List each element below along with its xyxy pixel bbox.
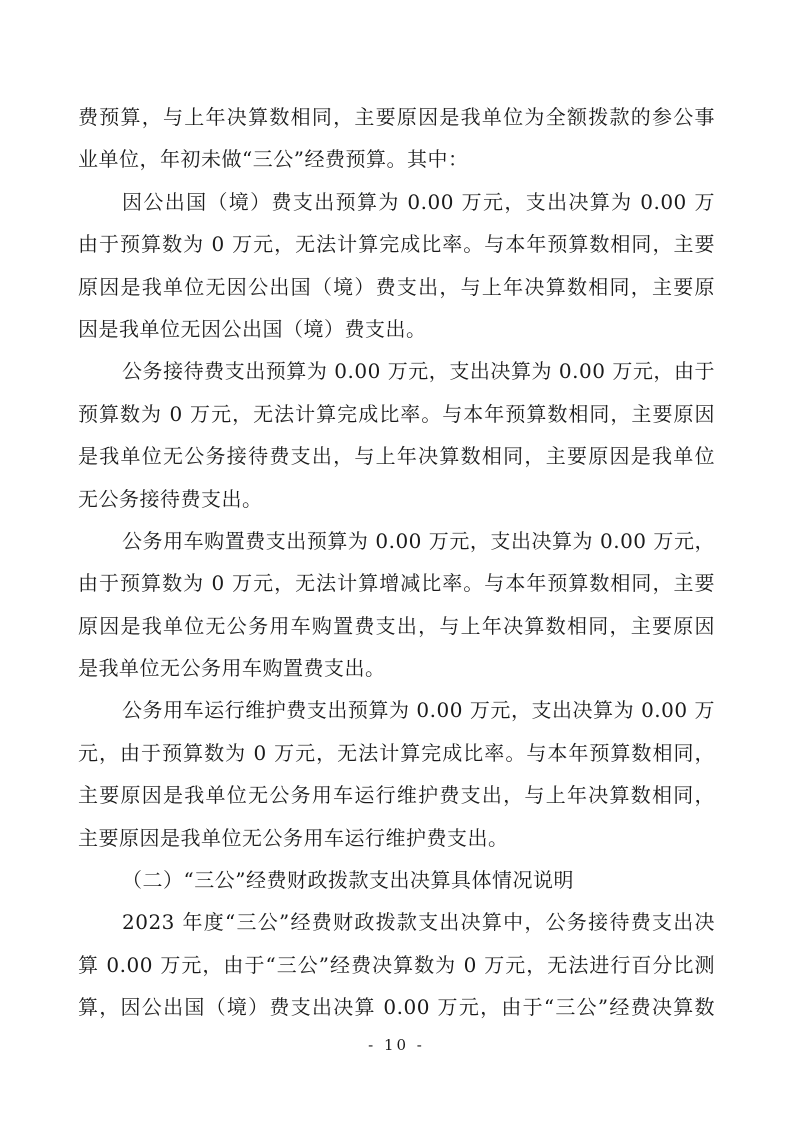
text-line: 公务接待费支出预算为 0.00 万元，支出决算为 0.00 万元，由于: [78, 350, 715, 392]
text-line: 公务用车购置费支出预算为 0.00 万元，支出决算为 0.00 万元，: [78, 520, 715, 562]
text-line: 主要原因是我单位无公务用车运行维护费支出。: [78, 817, 715, 859]
text-line: 算，因公出国（境）费支出决算 0.00 万元，由于“三公”经费决算数: [78, 986, 715, 1028]
text-line: 是我单位无公务接待费支出，与上年决算数相同，主要原因是我单位: [78, 435, 715, 477]
text-line: 由于预算数为 0 万元，无法计算完成比率。与本年预算数相同，主要: [78, 223, 715, 265]
text-line: 公务用车运行维护费支出预算为 0.00 万元，支出决算为 0.00 万: [78, 689, 715, 731]
text-line: 因公出国（境）费支出预算为 0.00 万元，支出决算为 0.00 万元，: [78, 181, 715, 223]
page-number: - 10 -: [0, 1036, 793, 1054]
text-line: 预算数为 0 万元，无法计算完成比率。与本年预算数相同，主要原因: [78, 393, 715, 435]
text-line: 元，由于预算数为 0 万元，无法计算完成比率。与本年预算数相同，: [78, 732, 715, 774]
text-line: 业单位，年初未做“三公”经费预算。其中：: [78, 138, 715, 180]
text-line: 费预算，与上年决算数相同，主要原因是我单位为全额拨款的参公事: [78, 96, 715, 138]
text-line: 算 0.00 万元，由于“三公”经费决算数为 0 万元，无法进行百分比测: [78, 944, 715, 986]
section-heading: （二）“三公”经费财政拨款支出决算具体情况说明: [78, 859, 715, 901]
text-line: 原因是我单位无公务用车购置费支出，与上年决算数相同，主要原因: [78, 605, 715, 647]
text-line: 无公务接待费支出。: [78, 478, 715, 520]
text-line: 2023 年度“三公”经费财政拨款支出决算中，公务接待费支出决: [78, 901, 715, 943]
text-line: 因是我单位无因公出国（境）费支出。: [78, 308, 715, 350]
text-line: 主要原因是我单位无公务用车运行维护费支出，与上年决算数相同，: [78, 774, 715, 816]
text-line: 由于预算数为 0 万元，无法计算增减比率。与本年预算数相同，主要: [78, 562, 715, 604]
text-line: 是我单位无公务用车购置费支出。: [78, 647, 715, 689]
document-body: 费预算，与上年决算数相同，主要原因是我单位为全额拨款的参公事 业单位，年初未做“…: [78, 96, 715, 1029]
text-line: 原因是我单位无因公出国（境）费支出，与上年决算数相同，主要原: [78, 266, 715, 308]
document-page: 费预算，与上年决算数相同，主要原因是我单位为全额拨款的参公事 业单位，年初未做“…: [0, 0, 793, 1122]
